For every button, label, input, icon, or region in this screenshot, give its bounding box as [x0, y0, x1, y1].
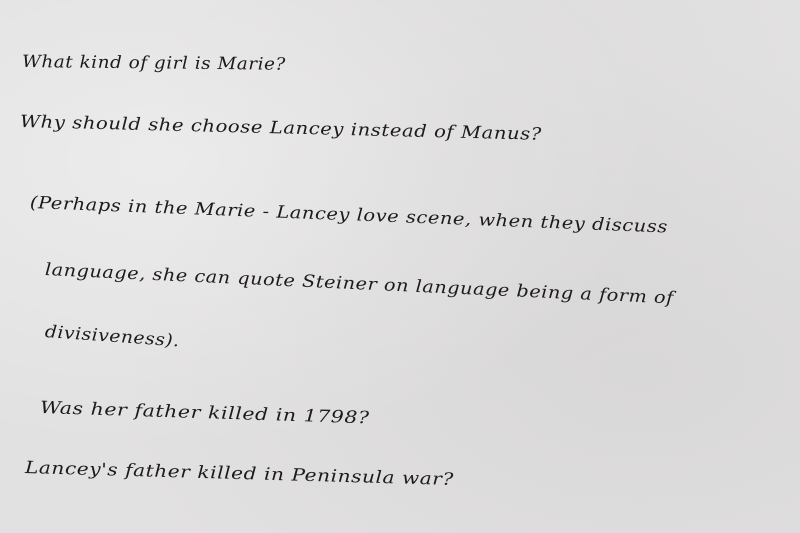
note-line-3: (Perhaps in the Marie - Lancey love scen…: [30, 193, 669, 237]
note-line-1: What kind of girl is Marie?: [22, 52, 286, 75]
note-line-6: Was her father killed in 1798?: [40, 398, 370, 428]
note-line-5: divisiveness).: [44, 322, 180, 351]
note-line-4: language, she can quote Steiner on langu…: [45, 260, 675, 309]
paper-sheet: What kind of girl is Marie? Why should s…: [0, 0, 800, 533]
note-line-7: Lancey's father killed in Peninsula war?: [25, 458, 454, 490]
note-line-2: Why should she choose Lancey instead of …: [20, 112, 542, 145]
